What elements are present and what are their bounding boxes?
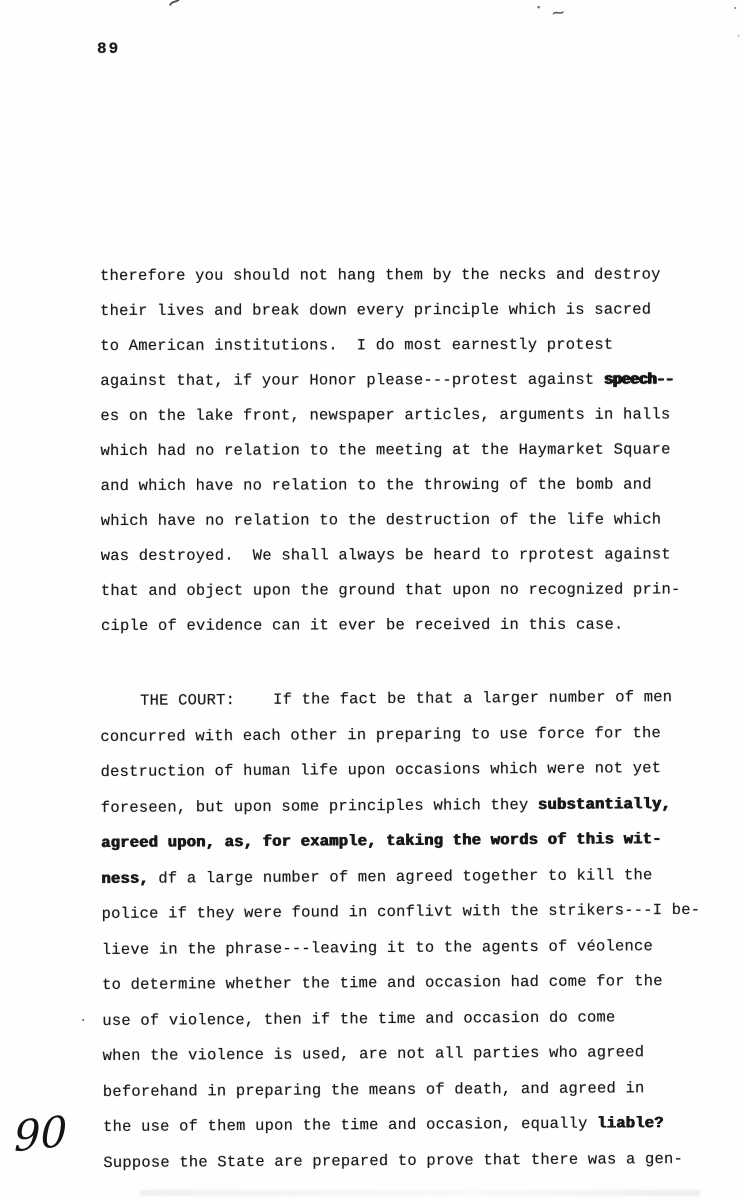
typed-text: against that, if your Honor please---pro… — [100, 371, 604, 390]
margin-dot: · — [79, 1014, 87, 1028]
text-line: the use of them upon the time and occasi… — [103, 1106, 733, 1146]
text-line: THE COURT: If the fact be that a larger … — [100, 680, 730, 720]
text-line: concurred with each other in preparing t… — [100, 715, 730, 755]
text-line: that and object upon the ground that upo… — [101, 572, 731, 609]
text-line: which have no relation to the destructio… — [101, 502, 731, 539]
text-line: lieve in the phrase---leaving it to the … — [102, 928, 732, 968]
typed-page-number: 89 — [97, 40, 120, 58]
text-line: when the violence is used, are not all p… — [102, 1035, 732, 1075]
text-line: ness, df a large number of men agreed to… — [101, 857, 731, 897]
typed-text: the use of them upon the time and occasi… — [103, 1115, 597, 1136]
text-line: to American institutions. I do most earn… — [100, 327, 730, 364]
typed-text: use of violence, then if the time and oc… — [102, 1008, 615, 1030]
typed-text: es on the lake front, newspaper articles… — [100, 406, 670, 425]
typed-text: Suppose the State are prepared to prove … — [103, 1149, 683, 1171]
typed-text: police if they were found in conflivt wi… — [102, 901, 701, 923]
paragraph-defense-protest: therefore you should not hang them by th… — [100, 257, 731, 644]
typed-text: df a large number of men agreed together… — [158, 866, 652, 887]
typed-text: ciple of evidence can it ever be receive… — [101, 616, 624, 635]
typed-text: foreseen, but upon some principles which… — [101, 795, 538, 816]
text-line: agreed upon, as, for example, taking the… — [101, 822, 731, 862]
overstruck-text: ness, — [101, 869, 158, 887]
typed-text: when the violence is used, are not all p… — [103, 1043, 645, 1065]
scanned-document-page: 89 therefore you should not hang them by… — [0, 0, 744, 1200]
text-line: Suppose the State are prepared to prove … — [103, 1141, 733, 1181]
text-line: against that, if your Honor please---pro… — [100, 362, 730, 399]
text-line: and which have no relation to the throwi… — [101, 467, 731, 504]
overstruck-text: substantially, — [538, 795, 671, 814]
overstruck-text: liable? — [597, 1114, 664, 1132]
edge-speckle: · — [731, 2, 739, 16]
typed-text: beforehand in preparing the means of dea… — [103, 1079, 645, 1101]
text-line: which had no relation to the meeting at … — [100, 432, 730, 469]
typed-text: THE COURT: If the fact be that a larger … — [140, 688, 672, 710]
typed-text: therefore you should not hang them by th… — [100, 266, 661, 285]
typed-text: which had no relation to the meeting at … — [100, 441, 670, 460]
text-line: es on the lake front, newspaper articles… — [100, 397, 730, 434]
typed-text: and which have no relation to the throwi… — [101, 476, 652, 495]
typed-text: destruction of human life upon occasions… — [101, 759, 662, 781]
text-line: their lives and break down every princip… — [100, 292, 730, 329]
text-line: use of violence, then if the time and oc… — [102, 999, 732, 1039]
overstruck-text: speech-- — [604, 370, 674, 388]
handwritten-page-number: 90 — [14, 1106, 67, 1161]
ink-smudge-blob: ▪ — [536, 4, 541, 13]
scan-edge-smear — [140, 1190, 700, 1196]
text-line: was destroyed. We shall always be heard … — [101, 537, 731, 574]
text-line: police if they were found in conflivt wi… — [101, 893, 731, 933]
ink-tilde-mark: ~ — [550, 3, 567, 27]
typed-text: that and object upon the ground that upo… — [101, 580, 681, 600]
text-line: to determine whether the time and occasi… — [102, 964, 732, 1004]
typed-text: to determine whether the time and occasi… — [102, 972, 663, 994]
typed-text: lieve in the phrase---leaving it to the … — [102, 937, 653, 959]
typed-text: which have no relation to the destructio… — [101, 511, 662, 530]
overstruck-text: agreed upon, as, for example, taking the… — [101, 830, 662, 852]
typed-text: was destroyed. We shall always be heard … — [101, 546, 671, 565]
typed-text: to American institutions. I do most earn… — [100, 336, 613, 355]
edge-speckle: · — [735, 30, 742, 42]
text-line: therefore you should not hang them by th… — [100, 257, 730, 294]
text-line: beforehand in preparing the means of dea… — [103, 1070, 733, 1110]
text-line: destruction of human life upon occasions… — [100, 751, 730, 791]
typed-text: their lives and break down every princip… — [100, 301, 651, 320]
paragraph-the-court: THE COURT: If the fact be that a larger … — [100, 680, 733, 1181]
text-line: foreseen, but upon some principles which… — [101, 786, 731, 826]
text-line: ciple of evidence can it ever be receive… — [101, 607, 731, 644]
ink-curl-mark: ~ — [162, 0, 190, 18]
typed-text: concurred with each other in preparing t… — [100, 724, 661, 746]
